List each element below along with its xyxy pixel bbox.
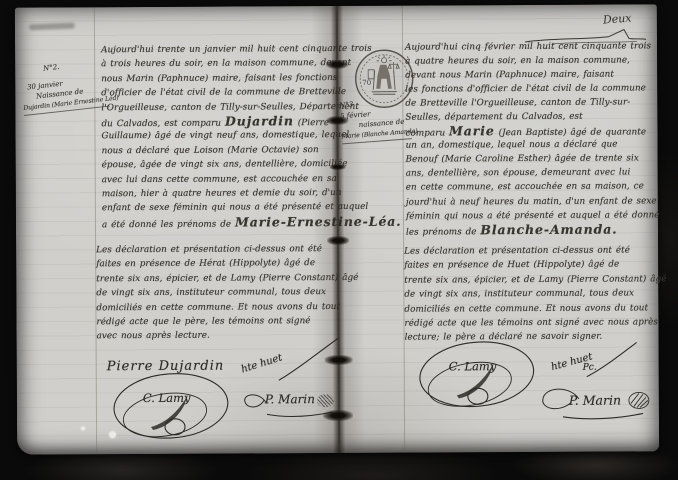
handwritten-line: a été donné les prénoms de Marie-Ernesti… — [102, 215, 340, 231]
signature-lamy-right: C. Lamy — [449, 359, 497, 373]
handwritten-line: d'officier de l'état civil de la commune… — [101, 85, 339, 101]
register-double-page: Deux 70 N°2. 3 — [15, 4, 659, 454]
handwritten-line: comparu Marie (Jean Baptiste) âgé de qua… — [405, 124, 655, 139]
stamp-value: 70 — [362, 79, 371, 87]
handwritten-line: nous Marin (Paphnuce) maire, faisant les… — [101, 71, 339, 87]
stitch-knot — [327, 236, 349, 245]
signature-lamy-left-flourish — [109, 371, 233, 444]
handwritten-line: trente six ans, épicier, et de Lamy (Pie… — [96, 271, 342, 287]
handwritten-line: rédigé acte que le père, les témoins ont… — [96, 314, 342, 330]
signature-lamy-right-flourish — [415, 339, 539, 412]
handwritten-line: un an, domestique, lequel nous a déclaré… — [406, 138, 656, 153]
stitch-knot — [326, 116, 348, 125]
handwritten-line: l'Orgueilleuse, canton de Tilly-sur-Seul… — [101, 100, 339, 116]
handwritten-line: en cette commune, est accouchée en sa ma… — [406, 180, 656, 195]
stitch-knot — [323, 410, 353, 421]
handwritten-line: à trois heures du soir, en la maison com… — [101, 56, 339, 72]
handwritten-line: ans, dentellière, son épouse, demeurant … — [406, 166, 656, 181]
stitch-knot — [326, 60, 348, 69]
handwritten-line: les fonctions d'officier de l'état civil… — [405, 81, 655, 96]
handwritten-line: Benouf (Marie Caroline Esther) âgée de t… — [406, 152, 656, 167]
handwritten-line: de vingt six ans, instituteur communal, … — [96, 285, 342, 301]
handwritten-line: rédigé acte que les témoins ont signé av… — [404, 315, 656, 331]
handwritten-line: épouse, âgée de vingt six ans, dentelliè… — [102, 157, 340, 173]
signature-lamy-left: C. Lamy — [143, 391, 191, 405]
handwritten-line: du Calvados, est comparu Dujardin (Pierr… — [101, 114, 339, 130]
signature-marin-left: P. Marin — [265, 392, 315, 406]
handwritten-line: Les déclaration et présentation ci-dessu… — [404, 243, 656, 259]
stitch-knot — [330, 164, 346, 170]
handwritten-line: les prénoms de Blanche-Amanda. — [406, 222, 656, 237]
page-number-label: Deux — [602, 11, 632, 26]
handwritten-line: Les déclaration et présentation ci-dessu… — [96, 242, 342, 258]
scanned-register-photo: Deux 70 N°2. 3 — [0, 0, 678, 480]
handwritten-line: Guillaume) âgé de vingt neuf ans, domest… — [101, 128, 339, 144]
signature-marin-right-initials: Pc. — [583, 363, 597, 373]
right-page-act-text: Aujourd'hui cinq février mil huit cent c… — [405, 39, 656, 237]
handwritten-line: faites en présence de Huet (Hippolyte) â… — [404, 258, 656, 274]
handwritten-line: domiciliés en cette commune. Et nous avo… — [404, 301, 656, 317]
signature-marin-right-underline — [561, 408, 645, 422]
handwritten-line: jourd'hui à neuf heures du matin, d'un e… — [406, 194, 656, 209]
handwritten-line: domiciliés en cette commune. Et nous avo… — [96, 300, 342, 316]
paper-speck — [81, 426, 85, 430]
margin-note-left: N°2. 30 janvier Naissance de Dujardin (M… — [19, 57, 110, 116]
handwritten-line: à quatre heures du soir, en la maison co… — [405, 53, 655, 68]
left-page-act-text: Aujourd'hui trente un janvier mil huit c… — [101, 42, 340, 230]
top-left-smudge — [29, 23, 75, 31]
handwritten-line: Aujourd'hui trente un janvier mil huit c… — [101, 42, 339, 58]
handwritten-line: trente six ans, épicier, et de Lamy (Pie… — [404, 272, 656, 288]
handwritten-line: nous a déclaré que Loison (Marie Octavie… — [102, 143, 340, 159]
handwritten-line: Aujourd'hui cinq février mil huit cent c… — [405, 39, 655, 54]
signature-huet-right-flourish — [583, 340, 639, 378]
handwritten-line: Seulles, département du Calvados, est — [405, 110, 655, 125]
handwritten-line: de vingt six ans, instituteur communal, … — [404, 287, 656, 303]
ink-scribble — [317, 394, 334, 407]
left-page-closing-text: Les déclaration et présentation ci-dessu… — [96, 242, 343, 344]
handwritten-line: maison, hier à quatre heures et demie du… — [102, 186, 340, 202]
handwritten-line: faites en présence de Hérat (Hippolyte) … — [96, 256, 342, 272]
handwritten-line: devant nous Marin (Paphnuce) maire, fais… — [405, 67, 655, 82]
right-page-closing-text: Les déclaration et présentation ci-dessu… — [404, 243, 657, 345]
paper-speck — [109, 431, 116, 438]
stitch-knot — [325, 355, 353, 365]
signature-marin-right: P. Marin — [569, 393, 621, 408]
handwritten-line: avec lui dans cette commune, est accouch… — [102, 172, 340, 188]
handwritten-line: de Bretteville l'Orgueilleuse, canton de… — [405, 96, 655, 111]
